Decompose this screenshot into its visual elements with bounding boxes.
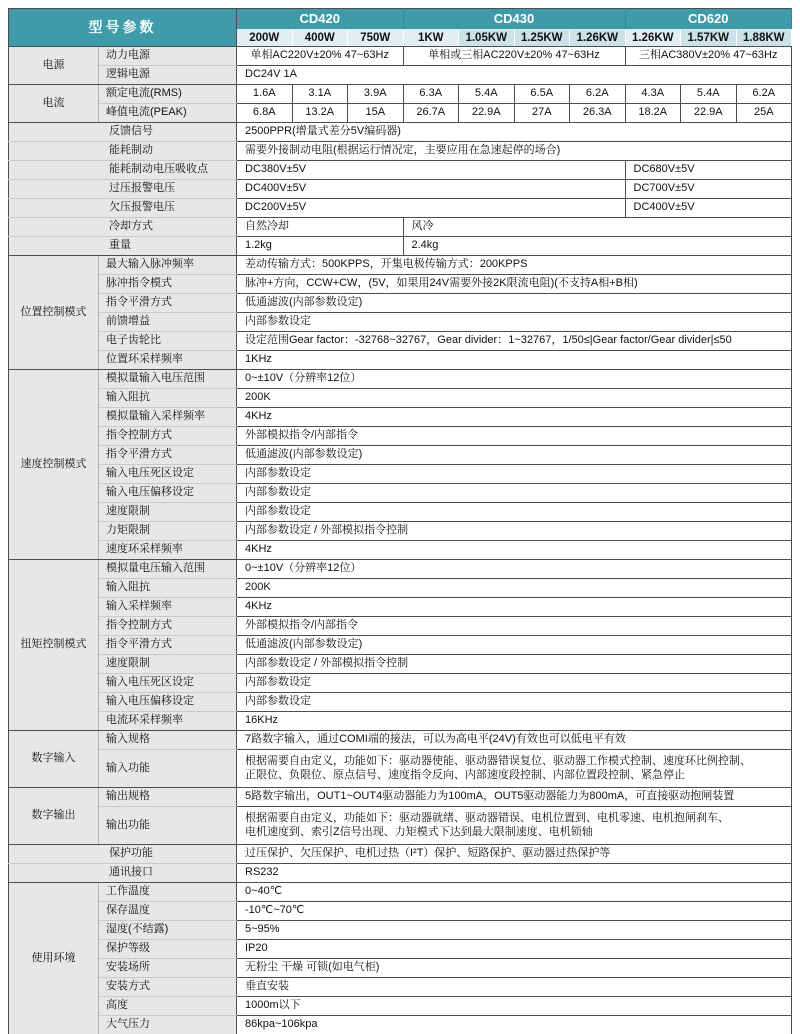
category-cell: 数字输入 xyxy=(9,731,99,788)
row-label: 峰值电流(PEAK) xyxy=(99,104,237,123)
value-cell: 2500PPR(增量式差分5V编码器) xyxy=(237,123,792,142)
value-cell: 5.4A xyxy=(459,85,515,104)
row-label: 输入功能 xyxy=(99,750,237,788)
row-label: 冷却方式 xyxy=(9,218,237,237)
value-cell: 内部参数设定 xyxy=(237,313,792,332)
row-label: 湿度(不结露) xyxy=(99,921,237,940)
row-label: 工作温度 xyxy=(99,883,237,902)
value-cell: DC700V±5V xyxy=(625,180,792,199)
spec-row: 安装场所无粉尘 干燥 可锁(如电气柜) xyxy=(9,959,792,978)
spec-row: 速度控制模式模拟量输入电压范围0~±10V（分辨率12位） xyxy=(9,370,792,389)
value-cell: DC200V±5V xyxy=(237,199,626,218)
value-cell: 26.7A xyxy=(403,104,459,123)
value-cell: 风冷 xyxy=(403,218,792,237)
category-cell: 速度控制模式 xyxy=(9,370,99,560)
spec-row: 速度限制内部参数设定 / 外部模拟指令控制 xyxy=(9,655,792,674)
value-cell: 外部模拟指令/内部指令 xyxy=(237,427,792,446)
spec-row: 数字输入输入规格7路数字输入，通过COMI端的接法，可以为高电平(24V)有效也… xyxy=(9,731,792,750)
value-cell: 1.6A xyxy=(237,85,293,104)
value-cell: 22.9A xyxy=(681,104,737,123)
value-cell: 16KHz xyxy=(237,712,792,731)
spec-row: 力矩限制内部参数设定 / 外部模拟指令控制 xyxy=(9,522,792,541)
value-cell: 垂直安装 xyxy=(237,978,792,997)
value-cell: 86kpa~106kpa xyxy=(237,1016,792,1034)
spec-row: 输入电压死区设定内部参数设定 xyxy=(9,465,792,484)
value-cell: 外部模拟指令/内部指令 xyxy=(237,617,792,636)
row-label: 大气压力 xyxy=(99,1016,237,1034)
value-cell: DC400V±5V xyxy=(237,180,626,199)
value-cell: 根据需要自由定义，功能如下：驱动器就绪、驱动器错误、电机位置到、电机零速、电机抱… xyxy=(237,807,792,845)
value-cell: DC680V±5V xyxy=(625,161,792,180)
spec-row: 保护等级IP20 xyxy=(9,940,792,959)
spec-row: 逻辑电源DC24V 1A xyxy=(9,66,792,85)
value-cell: 5.4A xyxy=(681,85,737,104)
row-label: 保存温度 xyxy=(99,902,237,921)
row-label: 指令平滑方式 xyxy=(99,446,237,465)
spec-row: 位置环采样频率1KHz xyxy=(9,351,792,370)
value-cell: 内部参数设定 xyxy=(237,693,792,712)
value-cell: 三相AC380V±20% 47~63Hz xyxy=(625,47,792,66)
spec-row: 电子齿轮比设定范围Gear factor：-32768~32767，Gear d… xyxy=(9,332,792,351)
row-label: 输入电压死区设定 xyxy=(99,465,237,484)
spec-row: 能耗制动电压吸收点DC380V±5VDC680V±5V xyxy=(9,161,792,180)
row-label: 指令平滑方式 xyxy=(99,294,237,313)
row-label: 模拟量电压输入范围 xyxy=(99,560,237,579)
spec-row: 保护功能过压保护、欠压保护、电机过热（I²T）保护、短路保护、驱动器过热保护等 xyxy=(9,845,792,864)
value-cell: -10℃~70℃ xyxy=(237,902,792,921)
row-label: 输入采样频率 xyxy=(99,598,237,617)
value-cell: 0~±10V（分辨率12位） xyxy=(237,370,792,389)
model-power-header: 1.25KW xyxy=(514,30,570,47)
value-cell: 25A xyxy=(736,104,792,123)
value-cell: 0~±10V（分辨率12位） xyxy=(237,560,792,579)
category-cell: 扭矩控制模式 xyxy=(9,560,99,731)
spec-row: 输入功能根据需要自由定义，功能如下：驱动器使能、驱动器错误复位、驱动器工作模式控… xyxy=(9,750,792,788)
spec-row: 速度环采样频率4KHz xyxy=(9,541,792,560)
value-cell: DC400V±5V xyxy=(625,199,792,218)
spec-row: 输出功能根据需要自由定义，功能如下：驱动器就绪、驱动器错误、电机位置到、电机零速… xyxy=(9,807,792,845)
model-group-header: CD420 xyxy=(237,9,404,30)
row-label: 位置环采样频率 xyxy=(99,351,237,370)
spec-table-body: 电源动力电源单相AC220V±20% 47~63Hz单相或三相AC220V±20… xyxy=(9,47,792,1034)
value-cell: 200K xyxy=(237,389,792,408)
spec-row: 输入电压偏移设定内部参数设定 xyxy=(9,693,792,712)
model-series-row: 型号参数 CD420CD430CD620 xyxy=(9,9,792,30)
value-cell: 根据需要自由定义，功能如下：驱动器使能、驱动器错误复位、驱动器工作模式控制、速度… xyxy=(237,750,792,788)
value-cell: 5~95% xyxy=(237,921,792,940)
value-cell: DC380V±5V xyxy=(237,161,626,180)
spec-row: 保存温度-10℃~70℃ xyxy=(9,902,792,921)
row-label: 过压报警电压 xyxy=(9,180,237,199)
value-cell: 0~40℃ xyxy=(237,883,792,902)
value-cell: 6.8A xyxy=(237,104,293,123)
spec-row: 高度1000m以下 xyxy=(9,997,792,1016)
spec-row: 重量1.2kg2.4kg xyxy=(9,237,792,256)
row-label: 指令控制方式 xyxy=(99,617,237,636)
row-label: 安装场所 xyxy=(99,959,237,978)
spec-row: 通讯接口RS232 xyxy=(9,864,792,883)
row-label: 指令平滑方式 xyxy=(99,636,237,655)
value-cell: 3.9A xyxy=(348,85,404,104)
model-power-header: 1.26KW xyxy=(570,30,626,47)
value-cell: 内部参数设定 xyxy=(237,503,792,522)
value-cell: 内部参数设定 / 外部模拟指令控制 xyxy=(237,655,792,674)
spec-row: 输入阻抗200K xyxy=(9,389,792,408)
spec-row: 输入阻抗200K xyxy=(9,579,792,598)
value-cell: DC24V 1A xyxy=(237,66,792,85)
value-cell: IP20 xyxy=(237,940,792,959)
row-label: 前馈增益 xyxy=(99,313,237,332)
row-label: 速度限制 xyxy=(99,655,237,674)
row-label: 输入电压偏移设定 xyxy=(99,693,237,712)
model-group-header: CD620 xyxy=(625,9,792,30)
row-label: 输出功能 xyxy=(99,807,237,845)
model-group-header: CD430 xyxy=(403,9,625,30)
spec-row: 前馈增益内部参数设定 xyxy=(9,313,792,332)
value-cell: 单相或三相AC220V±20% 47~63Hz xyxy=(403,47,625,66)
row-label: 能耗制动 xyxy=(9,142,237,161)
spec-row: 指令平滑方式低通滤波(内部参数设定) xyxy=(9,446,792,465)
value-cell: 6.3A xyxy=(403,85,459,104)
row-label: 输入阻抗 xyxy=(99,579,237,598)
row-label: 输出规格 xyxy=(99,788,237,807)
category-cell: 电流 xyxy=(9,85,99,123)
category-cell: 位置控制模式 xyxy=(9,256,99,370)
spec-row: 冷却方式自然冷却风冷 xyxy=(9,218,792,237)
value-cell: 1KHz xyxy=(237,351,792,370)
spec-row: 安装方式垂直安装 xyxy=(9,978,792,997)
value-cell: 差动传输方式：500KPPS，开集电极传输方式：200KPPS xyxy=(237,256,792,275)
row-label: 重量 xyxy=(9,237,237,256)
row-label: 电子齿轮比 xyxy=(99,332,237,351)
value-cell: 内部参数设定 / 外部模拟指令控制 xyxy=(237,522,792,541)
category-cell: 使用环境 xyxy=(9,883,99,1034)
row-label: 输入电压偏移设定 xyxy=(99,484,237,503)
row-label: 脉冲指令模式 xyxy=(99,275,237,294)
value-cell: 低通滤波(内部参数设定) xyxy=(237,446,792,465)
value-cell: 6.2A xyxy=(736,85,792,104)
spec-row: 过压报警电压DC400V±5VDC700V±5V xyxy=(9,180,792,199)
model-power-header: 1.26KW xyxy=(625,30,681,47)
row-label: 最大输入脉冲频率 xyxy=(99,256,237,275)
row-label: 指令控制方式 xyxy=(99,427,237,446)
spec-row: 模拟量输入采样频率4KHz xyxy=(9,408,792,427)
row-label: 速度限制 xyxy=(99,503,237,522)
model-power-header: 750W xyxy=(348,30,404,47)
row-label: 反馈信号 xyxy=(9,123,237,142)
row-label: 额定电流(RMS) xyxy=(99,85,237,104)
value-cell: 13.2A xyxy=(292,104,348,123)
row-label: 逻辑电源 xyxy=(99,66,237,85)
row-label: 模拟量输入采样频率 xyxy=(99,408,237,427)
row-label: 模拟量输入电压范围 xyxy=(99,370,237,389)
value-cell: 无粉尘 干燥 可锁(如电气柜) xyxy=(237,959,792,978)
spec-row: 指令平滑方式低通滤波(内部参数设定) xyxy=(9,294,792,313)
value-cell: 内部参数设定 xyxy=(237,674,792,693)
row-label: 动力电源 xyxy=(99,47,237,66)
spec-row: 输入采样频率4KHz xyxy=(9,598,792,617)
spec-row: 反馈信号2500PPR(增量式差分5V编码器) xyxy=(9,123,792,142)
value-cell: 4KHz xyxy=(237,408,792,427)
spec-table: 型号参数 CD420CD430CD620 200W400W750W1KW1.05… xyxy=(8,8,792,1034)
row-label: 输入规格 xyxy=(99,731,237,750)
value-cell: 4.3A xyxy=(625,85,681,104)
spec-row: 电流环采样频率16KHz xyxy=(9,712,792,731)
value-cell: 5路数字输出，OUT1~OUT4驱动器能力为100mA，OUT5驱动器能力为80… xyxy=(237,788,792,807)
row-label: 高度 xyxy=(99,997,237,1016)
spec-row: 指令控制方式外部模拟指令/内部指令 xyxy=(9,427,792,446)
value-cell: 脉冲+方向，CCW+CW，(5V，如果用24V需要外接2K限流电阻)(不支持A相… xyxy=(237,275,792,294)
spec-row: 输入电压死区设定内部参数设定 xyxy=(9,674,792,693)
category-cell: 数字输出 xyxy=(9,788,99,845)
spec-row: 脉冲指令模式脉冲+方向，CCW+CW，(5V，如果用24V需要外接2K限流电阻)… xyxy=(9,275,792,294)
value-cell: 3.1A xyxy=(292,85,348,104)
value-cell: 低通滤波(内部参数设定) xyxy=(237,636,792,655)
value-cell: 过压保护、欠压保护、电机过热（I²T）保护、短路保护、驱动器过热保护等 xyxy=(237,845,792,864)
row-label: 保护等级 xyxy=(99,940,237,959)
model-power-header: 400W xyxy=(292,30,348,47)
spec-row: 电源动力电源单相AC220V±20% 47~63Hz单相或三相AC220V±20… xyxy=(9,47,792,66)
spec-row: 峰值电流(PEAK)6.8A13.2A15A26.7A22.9A27A26.3A… xyxy=(9,104,792,123)
param-header-cell: 型号参数 xyxy=(9,9,237,47)
value-cell: 需要外接制动电阻(根据运行情况定，主要应用在急速起停的场合) xyxy=(237,142,792,161)
row-label: 欠压报警电压 xyxy=(9,199,237,218)
category-cell: 电源 xyxy=(9,47,99,85)
value-cell: 200K xyxy=(237,579,792,598)
spec-row: 使用环境工作温度0~40℃ xyxy=(9,883,792,902)
spec-row: 速度限制内部参数设定 xyxy=(9,503,792,522)
value-cell: 4KHz xyxy=(237,598,792,617)
value-cell: 单相AC220V±20% 47~63Hz xyxy=(237,47,404,66)
spec-row: 输入电压偏移设定内部参数设定 xyxy=(9,484,792,503)
value-cell: 15A xyxy=(348,104,404,123)
row-label: 安装方式 xyxy=(99,978,237,997)
spec-row: 湿度(不结露)5~95% xyxy=(9,921,792,940)
spec-row: 电流额定电流(RMS)1.6A3.1A3.9A6.3A5.4A6.5A6.2A4… xyxy=(9,85,792,104)
value-cell: 内部参数设定 xyxy=(237,465,792,484)
value-cell: 内部参数设定 xyxy=(237,484,792,503)
value-cell: 4KHz xyxy=(237,541,792,560)
row-label: 输入电压死区设定 xyxy=(99,674,237,693)
value-cell: 自然冷却 xyxy=(237,218,404,237)
spec-row: 指令平滑方式低通滤波(内部参数设定) xyxy=(9,636,792,655)
spec-row: 能耗制动需要外接制动电阻(根据运行情况定，主要应用在急速起停的场合) xyxy=(9,142,792,161)
value-cell: 18.2A xyxy=(625,104,681,123)
spec-row: 欠压报警电压DC200V±5VDC400V±5V xyxy=(9,199,792,218)
model-power-header: 1.05KW xyxy=(459,30,515,47)
model-power-header: 200W xyxy=(237,30,293,47)
spec-sheet-page: 型号参数 CD420CD430CD620 200W400W750W1KW1.05… xyxy=(0,0,800,1034)
spec-row: 数字输出输出规格5路数字输出，OUT1~OUT4驱动器能力为100mA，OUT5… xyxy=(9,788,792,807)
value-cell: 6.5A xyxy=(514,85,570,104)
spec-row: 位置控制模式最大输入脉冲频率差动传输方式：500KPPS，开集电极传输方式：20… xyxy=(9,256,792,275)
model-power-header: 1KW xyxy=(403,30,459,47)
value-cell: 26.3A xyxy=(570,104,626,123)
row-label: 能耗制动电压吸收点 xyxy=(9,161,237,180)
spec-row: 扭矩控制模式模拟量电压输入范围0~±10V（分辨率12位） xyxy=(9,560,792,579)
row-label: 输入阻抗 xyxy=(99,389,237,408)
row-label: 通讯接口 xyxy=(9,864,237,883)
value-cell: 6.2A xyxy=(570,85,626,104)
value-cell: 设定范围Gear factor：-32768~32767，Gear divide… xyxy=(237,332,792,351)
value-cell: 2.4kg xyxy=(403,237,792,256)
spec-row: 大气压力86kpa~106kpa xyxy=(9,1016,792,1034)
value-cell: 1.2kg xyxy=(237,237,404,256)
value-cell: 22.9A xyxy=(459,104,515,123)
spec-table-header: 型号参数 CD420CD430CD620 200W400W750W1KW1.05… xyxy=(9,9,792,47)
spec-row: 指令控制方式外部模拟指令/内部指令 xyxy=(9,617,792,636)
value-cell: 7路数字输入，通过COMI端的接法，可以为高电平(24V)有效也可以低电平有效 xyxy=(237,731,792,750)
value-cell: RS232 xyxy=(237,864,792,883)
row-label: 保护功能 xyxy=(9,845,237,864)
row-label: 力矩限制 xyxy=(99,522,237,541)
row-label: 速度环采样频率 xyxy=(99,541,237,560)
model-power-header: 1.57KW xyxy=(681,30,737,47)
value-cell: 1000m以下 xyxy=(237,997,792,1016)
value-cell: 27A xyxy=(514,104,570,123)
value-cell: 低通滤波(内部参数设定) xyxy=(237,294,792,313)
row-label: 电流环采样频率 xyxy=(99,712,237,731)
model-power-header: 1.88KW xyxy=(736,30,792,47)
